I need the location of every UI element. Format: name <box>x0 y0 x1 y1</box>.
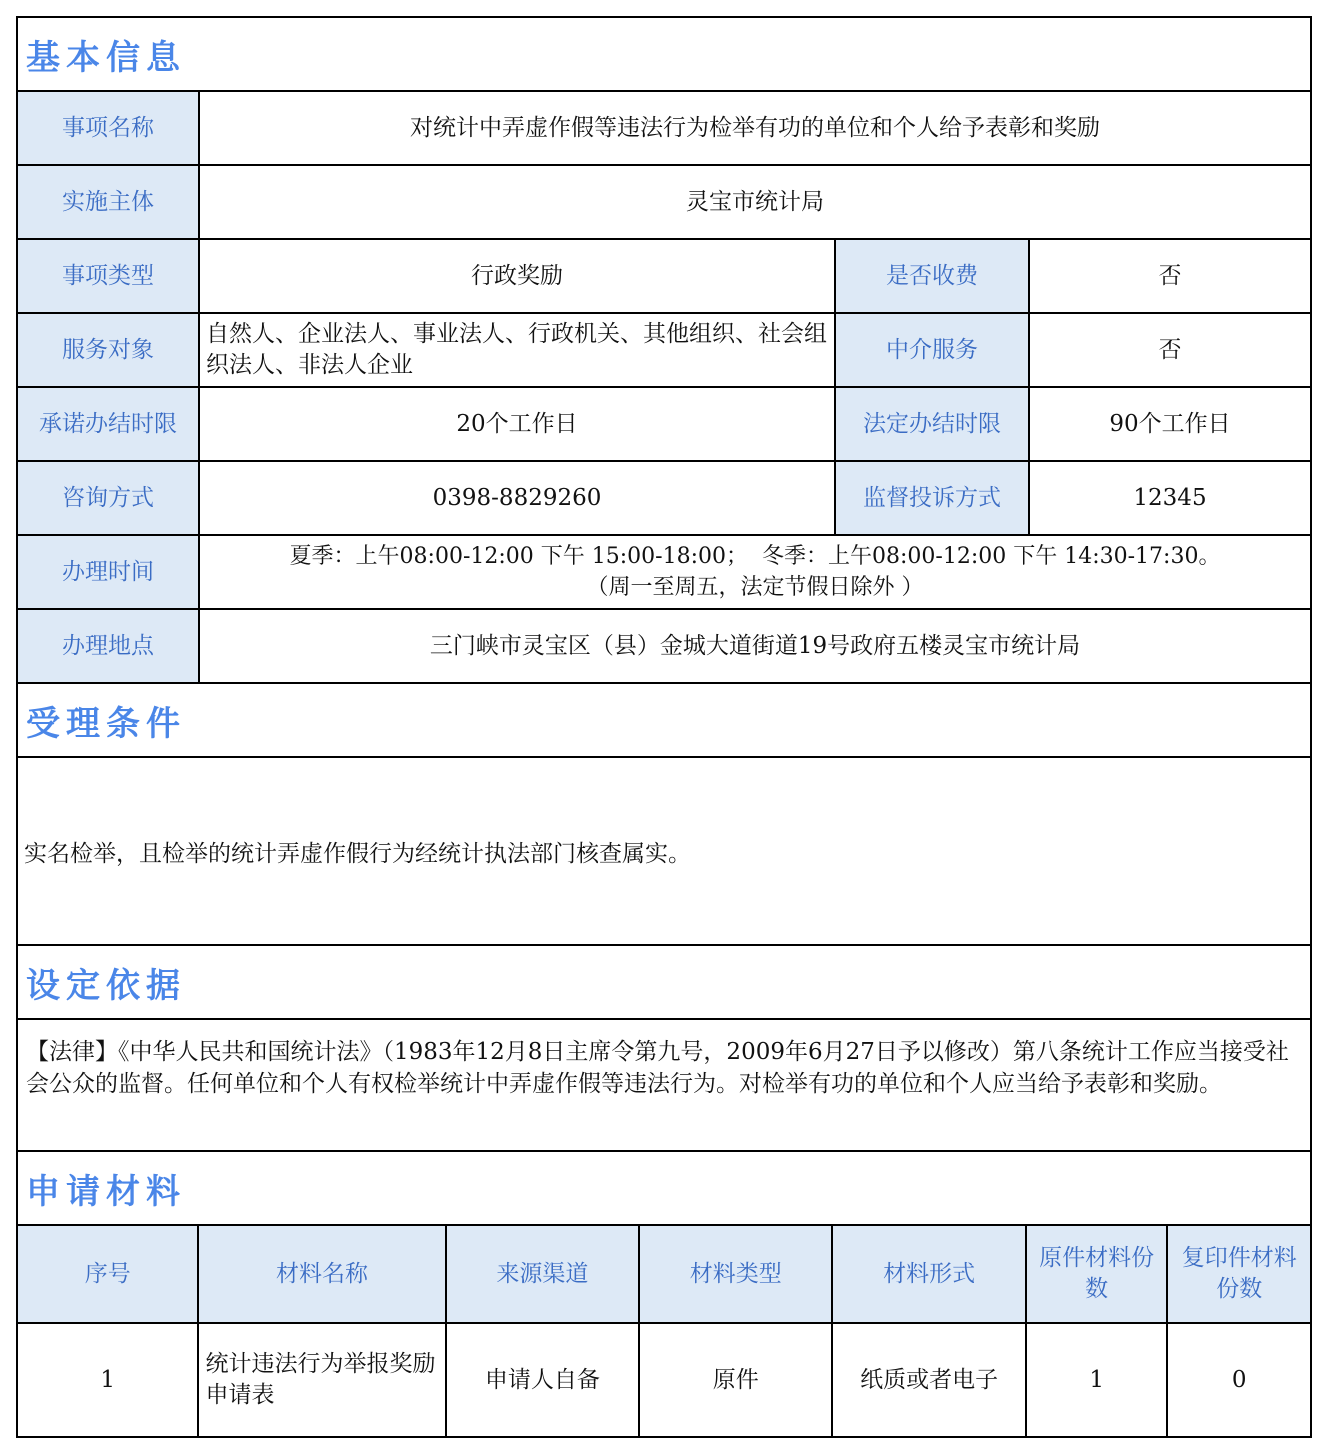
col-header-source: 来源渠道 <box>447 1226 640 1322</box>
row-contact: 咨询方式 0398-8829260 监督投诉方式 12345 <box>18 462 1310 536</box>
label-consult: 咨询方式 <box>18 462 200 534</box>
value-hours: 夏季：上午08:00-12:00 下午 15:00-18:00； 冬季：上午08… <box>200 536 1310 608</box>
section-title-materials: 申请材料 <box>18 1152 186 1224</box>
section-basis: 设定依据 <box>18 946 1310 1020</box>
label-item-name: 事项名称 <box>18 92 200 164</box>
value-fee: 否 <box>1030 240 1310 312</box>
row-item-type: 事项类型 行政奖励 是否收费 否 <box>18 240 1310 314</box>
row-hours: 办理时间 夏季：上午08:00-12:00 下午 15:00-18:00； 冬季… <box>18 536 1310 610</box>
section-title-basis: 设定依据 <box>18 946 186 1018</box>
value-item-type: 行政奖励 <box>200 240 836 312</box>
table-row: 1 统计违法行为举报奖励申请表 申请人自备 原件 纸质或者电子 1 0 <box>18 1324 1310 1436</box>
cell-photocopy-copies: 0 <box>1168 1324 1310 1436</box>
conditions-text: 实名检举，且检举的统计弄虚作假行为经统计执法部门核查属实。 <box>18 758 691 944</box>
value-implementer: 灵宝市统计局 <box>200 166 1310 238</box>
value-service-target: 自然人、企业法人、事业法人、行政机关、其他组织、社会组织法人、非法人企业 <box>200 314 836 386</box>
col-header-index: 序号 <box>18 1226 199 1322</box>
service-guide-table: 基本信息 事项名称 对统计中弄虚作假等违法行为检举有功的单位和个人给予表彰和奖励… <box>16 16 1312 1438</box>
value-intermediary: 否 <box>1030 314 1310 386</box>
section-materials: 申请材料 <box>18 1152 1310 1226</box>
label-location: 办理地点 <box>18 610 200 682</box>
cell-material-type: 原件 <box>640 1324 833 1436</box>
label-intermediary: 中介服务 <box>836 314 1030 386</box>
row-basis-body: 【法律】《中华人民共和国统计法》（1983年12月8日主席令第九号，2009年6… <box>18 1020 1310 1152</box>
section-basic-info: 基本信息 <box>18 18 1310 92</box>
row-time-limits: 承诺办结时限 20个工作日 法定办结时限 90个工作日 <box>18 388 1310 462</box>
cell-index: 1 <box>18 1324 199 1436</box>
hours-line-2: （周一至周五，法定节假日除外 ） <box>587 572 924 603</box>
basis-text: 【法律】《中华人民共和国统计法》（1983年12月8日主席令第九号，2009年6… <box>18 1020 1310 1150</box>
col-header-photocopy-copies: 复印件材料份数 <box>1168 1226 1310 1322</box>
value-consult-phone: 0398-8829260 <box>200 462 836 534</box>
value-item-name: 对统计中弄虚作假等违法行为检举有功的单位和个人给予表彰和奖励 <box>200 92 1310 164</box>
col-header-material-name: 材料名称 <box>199 1226 446 1322</box>
label-complaint: 监督投诉方式 <box>836 462 1030 534</box>
value-location: 三门峡市灵宝区（县）金城大道街道19号政府五楼灵宝市统计局 <box>200 610 1310 682</box>
cell-source: 申请人自备 <box>447 1324 640 1436</box>
section-title-conditions: 受理条件 <box>18 684 186 756</box>
col-header-material-form: 材料形式 <box>833 1226 1026 1322</box>
row-conditions-body: 实名检举，且检举的统计弄虚作假行为经统计执法部门核查属实。 <box>18 758 1310 946</box>
label-promised-limit: 承诺办结时限 <box>18 388 200 460</box>
cell-material-name: 统计违法行为举报奖励申请表 <box>199 1324 446 1436</box>
col-header-material-type: 材料类型 <box>640 1226 833 1322</box>
row-item-name: 事项名称 对统计中弄虚作假等违法行为检举有功的单位和个人给予表彰和奖励 <box>18 92 1310 166</box>
section-conditions: 受理条件 <box>18 684 1310 758</box>
label-legal-limit: 法定办结时限 <box>836 388 1030 460</box>
label-implementer: 实施主体 <box>18 166 200 238</box>
value-complaint: 12345 <box>1030 462 1310 534</box>
row-implementer: 实施主体 灵宝市统计局 <box>18 166 1310 240</box>
label-service-target: 服务对象 <box>18 314 200 386</box>
cell-original-copies: 1 <box>1027 1324 1169 1436</box>
label-fee: 是否收费 <box>836 240 1030 312</box>
col-header-original-copies: 原件材料份数 <box>1027 1226 1169 1322</box>
row-service-target: 服务对象 自然人、企业法人、事业法人、行政机关、其他组织、社会组织法人、非法人企… <box>18 314 1310 388</box>
value-legal-limit: 90个工作日 <box>1030 388 1310 460</box>
label-hours: 办理时间 <box>18 536 200 608</box>
row-location: 办理地点 三门峡市灵宝区（县）金城大道街道19号政府五楼灵宝市统计局 <box>18 610 1310 684</box>
hours-line-1: 夏季：上午08:00-12:00 下午 15:00-18:00； 冬季：上午08… <box>290 541 1221 572</box>
value-promised-limit: 20个工作日 <box>200 388 836 460</box>
cell-material-form: 纸质或者电子 <box>833 1324 1026 1436</box>
section-title-basic-info: 基本信息 <box>18 18 186 90</box>
materials-header-row: 序号 材料名称 来源渠道 材料类型 材料形式 原件材料份数 复印件材料份数 <box>18 1226 1310 1324</box>
label-item-type: 事项类型 <box>18 240 200 312</box>
